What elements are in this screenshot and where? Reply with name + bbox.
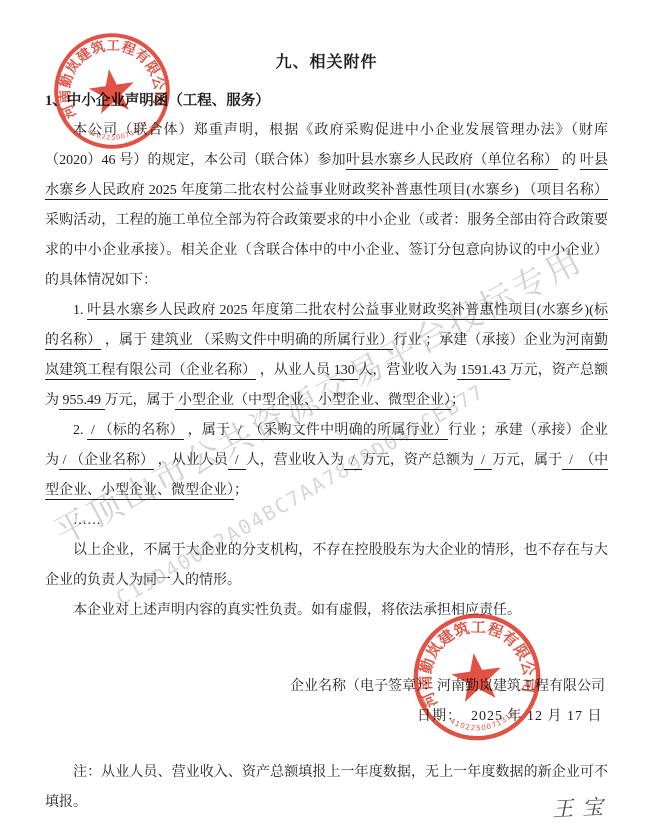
responsibility-paragraph: 本企业对上述声明内容的真实性负责。如有虚假，将依法承担相应责任。 bbox=[45, 596, 608, 626]
document-content: 九、相关附件 1、中小企业声明函（工程、服务） 本公司（联合体）郑重声明，根据《… bbox=[0, 0, 652, 818]
page-title: 九、相关附件 bbox=[45, 50, 608, 76]
text-run: ，属于 bbox=[184, 423, 230, 438]
text-run: 万元，资产总额为 bbox=[362, 453, 474, 468]
text-run: 采购活动，工程的施工单位全部为符合政策要求的中小企业（或者：服务全部由符合政策要… bbox=[45, 213, 608, 288]
signature-block: 企业名称（电子签章）：河南勤岚建筑工程有限公司 日期： 2025 年 12 月 … bbox=[45, 672, 608, 732]
filled-blank: / （企业名称） bbox=[59, 453, 154, 470]
text-run: 以上企业，不属于大企业的分支机构，不存在控股股东为大企业的情形，也不存在与大企业… bbox=[45, 543, 608, 588]
text-run: 行业 ；承建（承接）企业为 bbox=[393, 333, 565, 348]
ellipsis-paragraph: …… bbox=[45, 506, 608, 536]
text-run: 1. bbox=[73, 303, 87, 318]
text-run: ； bbox=[234, 483, 248, 498]
declaration-paragraph: 本公司（联合体）郑重声明，根据《政府采购促进中小企业发展管理办法》（财库（202… bbox=[45, 116, 608, 296]
filled-blank: 130 bbox=[330, 363, 358, 380]
text-run: ，从业人员 bbox=[256, 363, 330, 378]
note-paragraph: 注：从业人员、营业收入、资产总额填报上一年度数据，无上一年度数据的新企业可不填报… bbox=[45, 758, 608, 818]
item-2-paragraph: 2. / （标的名称） ，属于 / （采购文件中明确的所属行业）行业 ；承建（承… bbox=[45, 416, 608, 506]
text-run: 万元，属于 bbox=[492, 453, 562, 468]
handwritten-signature: 王宝 bbox=[551, 790, 612, 823]
text-run: ，从业人员 bbox=[154, 453, 228, 468]
text-run: ； bbox=[451, 393, 465, 408]
filled-blank: / （采购文件中明确的所属行业） bbox=[230, 423, 448, 440]
filled-blank: 建筑业 （采购文件中明确的所属行业） bbox=[151, 333, 394, 350]
filled-blank: / bbox=[228, 453, 246, 470]
no-large-enterprise-paragraph: 以上企业，不属于大企业的分支机构，不存在控股股东为大企业的情形，也不存在与大企业… bbox=[45, 536, 608, 596]
text-run: 万元，属于 bbox=[105, 393, 175, 408]
text-run: 的 bbox=[558, 153, 580, 168]
item-1-paragraph: 1. 叶县水寨乡人民政府 2025 年度第二批农村公益事业财政奖补普惠性项目(水… bbox=[45, 296, 608, 416]
text-run: 人，营业收入为 bbox=[246, 453, 344, 468]
signature-date-line: 日期： 2025 年 12 月 17 日 bbox=[417, 702, 608, 732]
text-run: 本企业对上述声明内容的真实性负责。如有虚假，将依法承担相应责任。 bbox=[73, 603, 521, 618]
filled-blank: 叶县水寨乡人民政府（单位名称） bbox=[346, 153, 559, 170]
text-run: ，属于 bbox=[101, 333, 150, 348]
filled-blank: 1591.43 bbox=[457, 363, 510, 380]
filled-blank: / bbox=[474, 453, 492, 470]
section-heading: 1、中小企业声明函（工程、服务） bbox=[45, 86, 608, 116]
filled-blank: 955.49 bbox=[59, 393, 105, 410]
signature-company-line: 企业名称（电子签章）：河南勤岚建筑工程有限公司 bbox=[290, 672, 608, 702]
document-page: 平顶山市公共资源交易平台投标专用 C19D40082A04BC7AA7898D0… bbox=[0, 0, 652, 836]
text-run: 2. bbox=[73, 423, 87, 438]
filled-blank: 小型企业（中型企业、小型企业、微型企业） bbox=[175, 393, 452, 410]
filled-blank: / （标的名称） bbox=[87, 423, 184, 440]
filled-blank: / bbox=[344, 453, 362, 470]
text-run: …… bbox=[73, 513, 101, 528]
text-run: 人，营业收入为 bbox=[358, 363, 457, 378]
